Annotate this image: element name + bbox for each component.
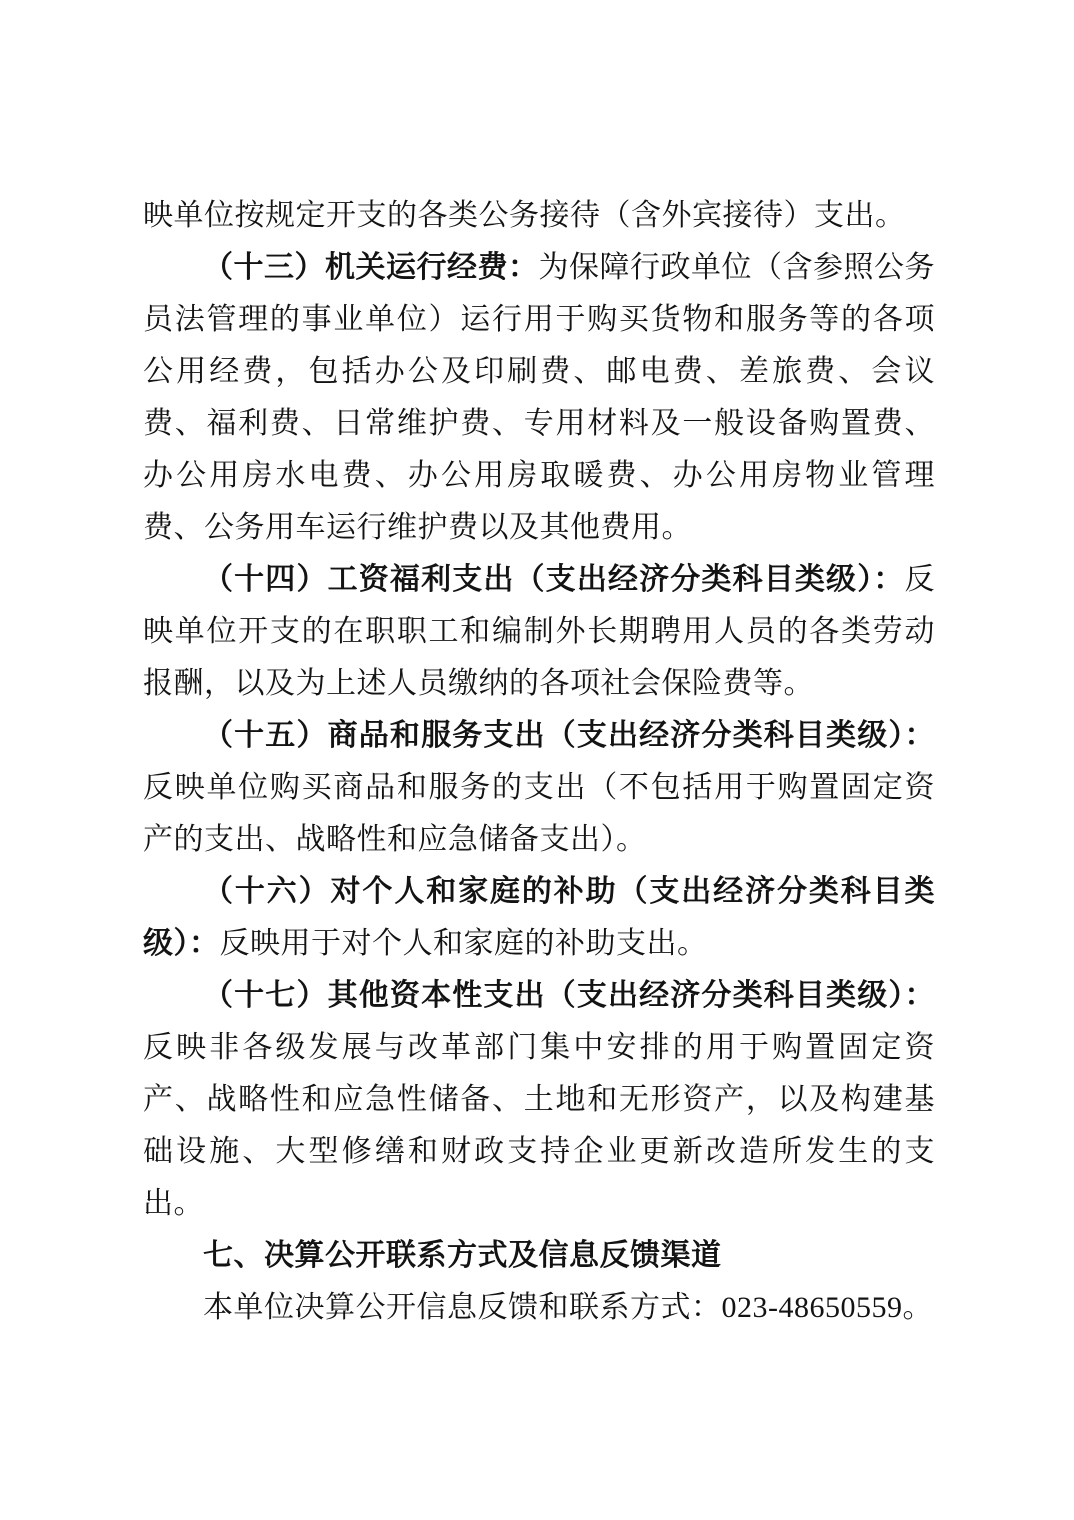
paragraph-item-13: （十三）机关运行经费：为保障行政单位（含参照公务员法管理的事业单位）运行用于购买…	[143, 242, 935, 554]
contact-period: 。	[903, 1291, 934, 1324]
paragraph-text: 反映用于对个人和家庭的补助支出。	[220, 927, 708, 960]
paragraph-text: 反映单位购买商品和服务的支出（不包括用于购置固定资产的支出、战略性和应急储备支出…	[143, 771, 935, 856]
contact-label: 本单位决算公开信息反馈和联系方式：	[203, 1291, 722, 1324]
contact-paragraph: 本单位决算公开信息反馈和联系方式：023-48650559。	[143, 1282, 935, 1334]
paragraph-item-15: （十五）商品和服务支出（支出经济分类科目类级）：反映单位购买商品和服务的支出（不…	[143, 710, 935, 866]
paragraph-lead: （十五）商品和服务支出（支出经济分类科目类级）：	[203, 719, 935, 752]
section-heading: 七、决算公开联系方式及信息反馈渠道	[143, 1230, 935, 1282]
paragraph-text: 映单位按规定开支的各类公务接待（含外宾接待）支出。	[143, 199, 906, 232]
paragraph-lead: （十三）机关运行经费：	[203, 251, 539, 284]
paragraph-lead: （十四）工资福利支出（支出经济分类科目类级）：	[203, 563, 905, 596]
paragraph-item-17: （十七）其他资本性支出（支出经济分类科目类级）：反映非各级发展与改革部门集中安排…	[143, 970, 935, 1230]
paragraph-lead: （十七）其他资本性支出（支出经济分类科目类级）：	[203, 979, 935, 1012]
paragraph-text: 反映非各级发展与改革部门集中安排的用于购置固定资产、战略性和应急性储备、土地和无…	[143, 1031, 935, 1220]
document-page: 映单位按规定开支的各类公务接待（含外宾接待）支出。 （十三）机关运行经费：为保障…	[0, 0, 1074, 1520]
paragraph-item-14: （十四）工资福利支出（支出经济分类科目类级）：反映单位开支的在职职工和编制外长期…	[143, 554, 935, 710]
contact-phone: 023-48650559	[722, 1291, 903, 1324]
paragraph-text: 为保障行政单位（含参照公务员法管理的事业单位）运行用于购买货物和服务等的各项公用…	[143, 251, 935, 544]
paragraph-item-16: （十六）对个人和家庭的补助（支出经济分类科目类级）：反映用于对个人和家庭的补助支…	[143, 866, 935, 970]
paragraph-continuation: 映单位按规定开支的各类公务接待（含外宾接待）支出。	[143, 190, 935, 242]
